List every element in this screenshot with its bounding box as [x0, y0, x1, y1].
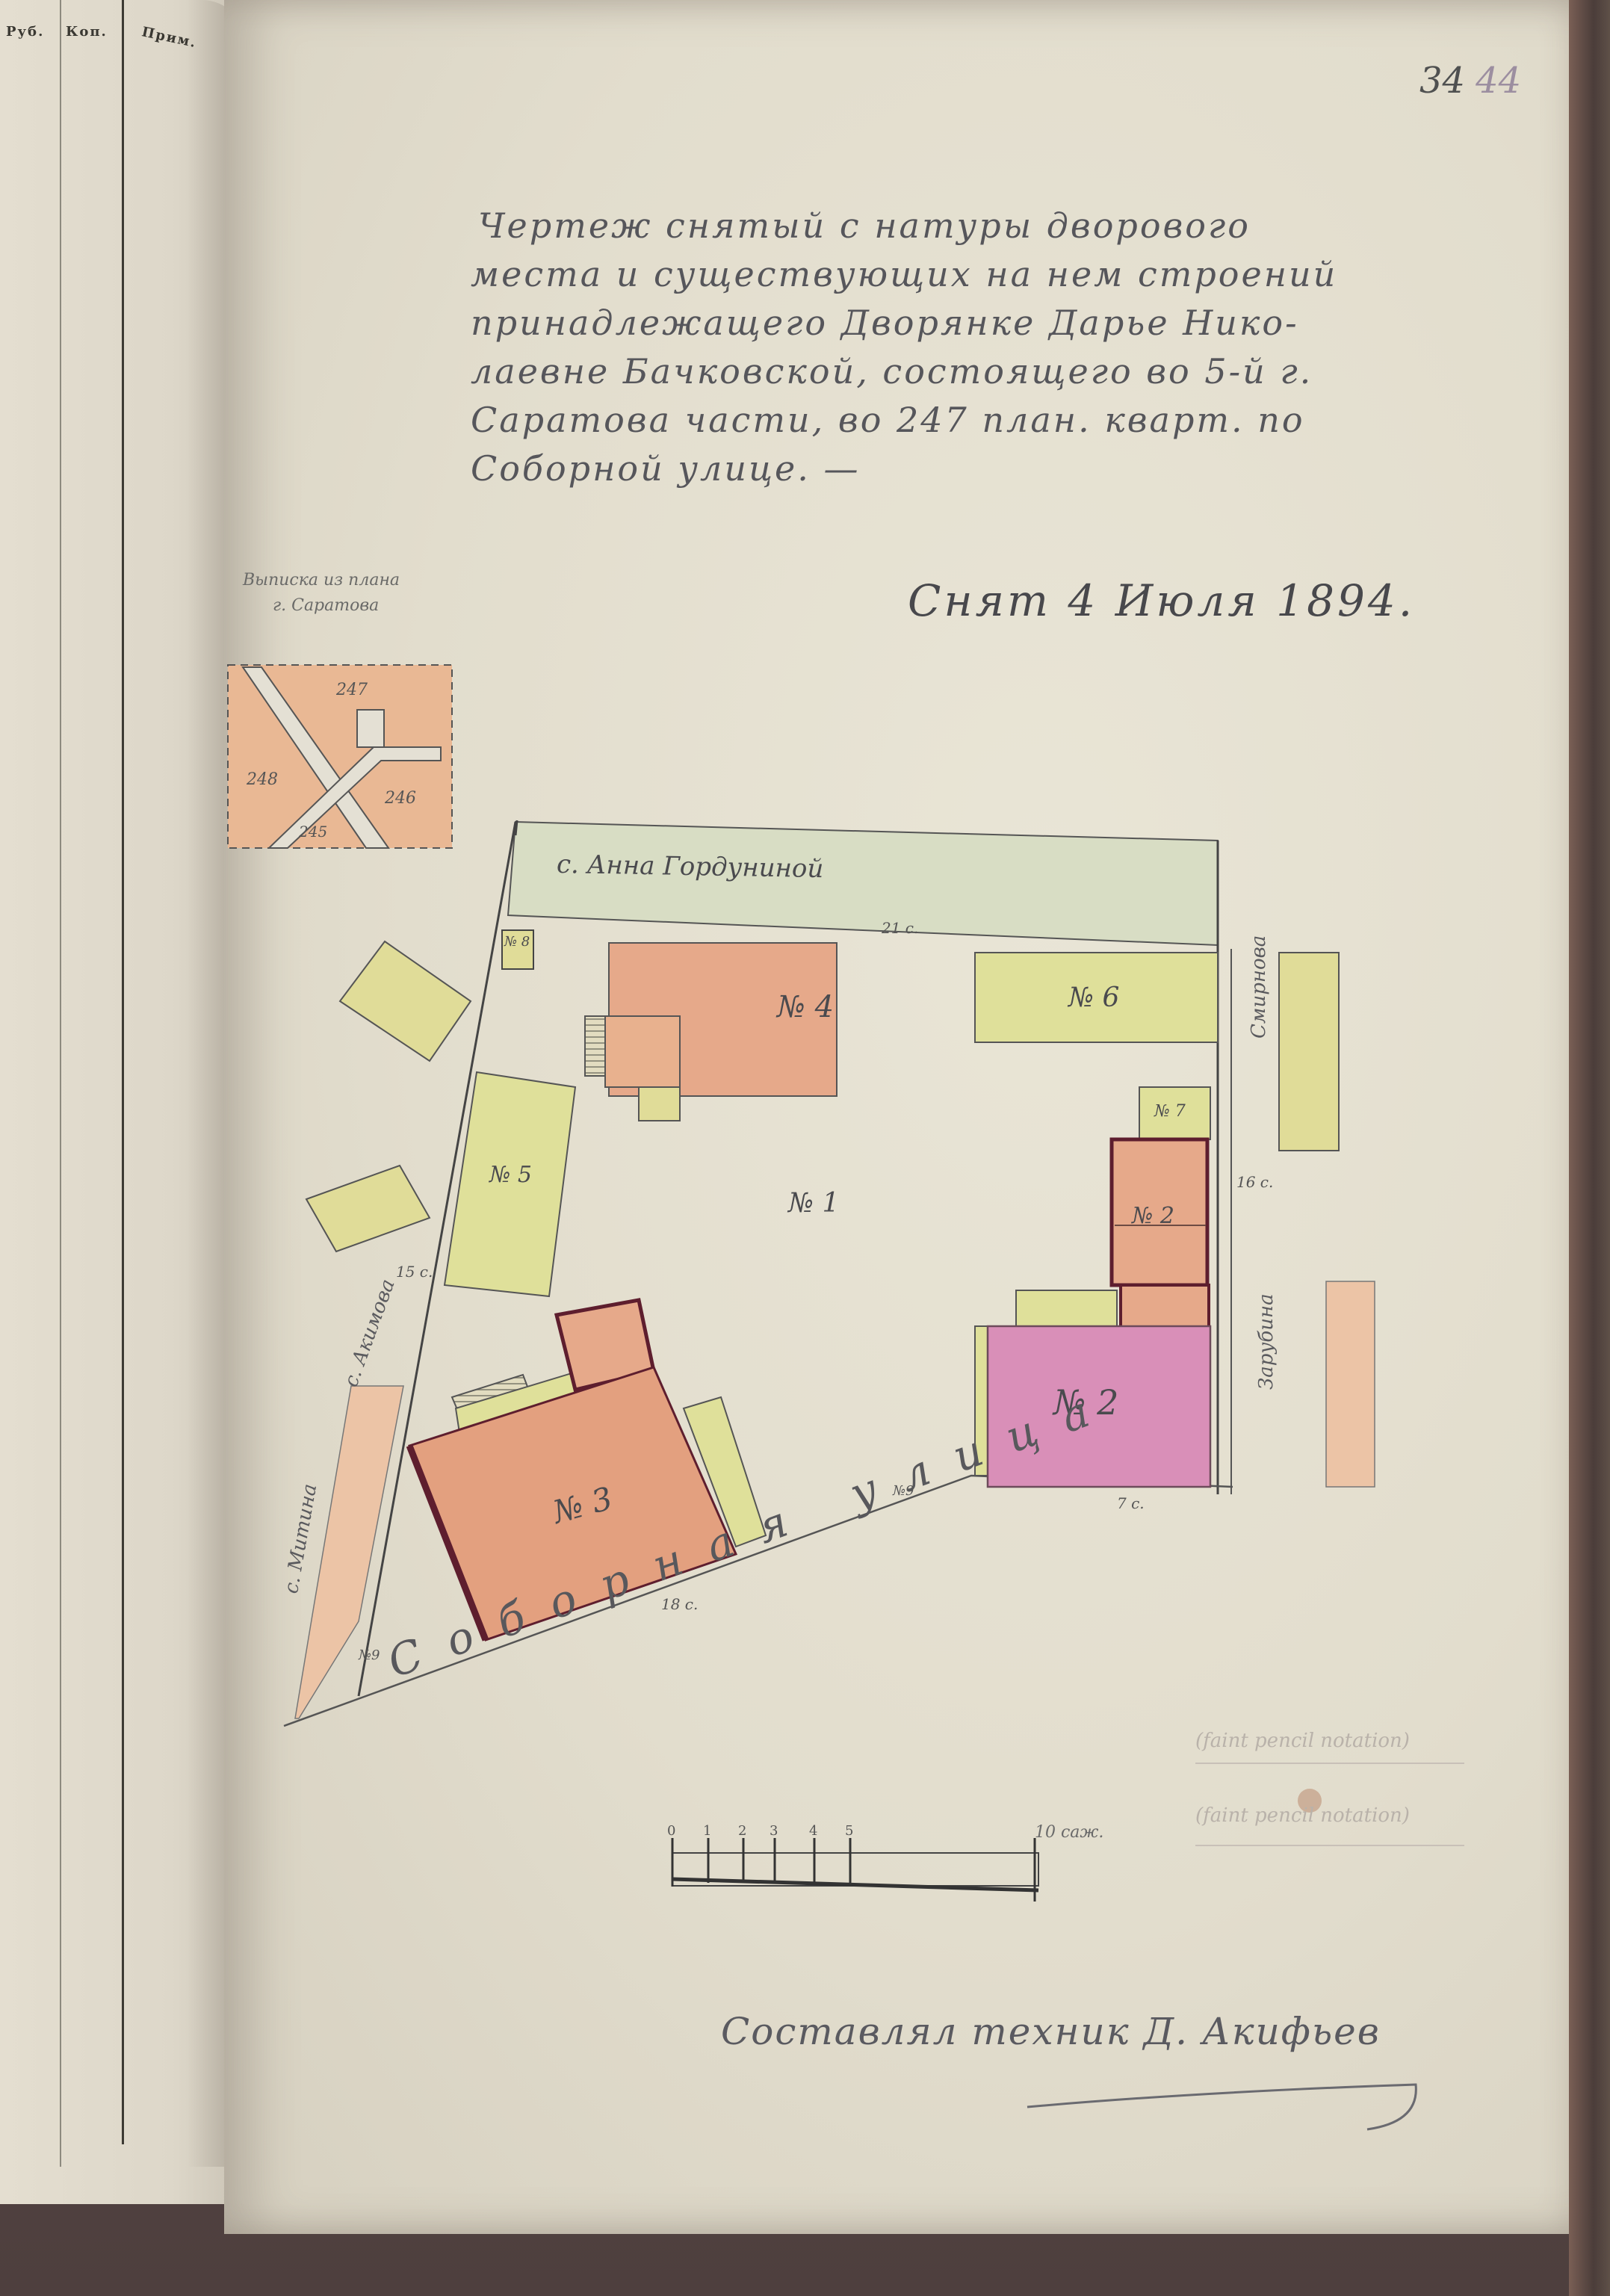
corner-mark-right: №9	[893, 1483, 914, 1499]
measurement-street-right: 7 с.	[1117, 1494, 1145, 1512]
neighbor-building-left-upper	[340, 941, 471, 1061]
building-4-label: № 4	[777, 990, 834, 1024]
building-6-label: № 6	[1068, 983, 1119, 1013]
measurement-right: 16 с.	[1236, 1173, 1273, 1191]
measurement-top: 21 с.	[882, 919, 918, 937]
pencil-note: (faint pencil notation)	[1195, 1704, 1410, 1778]
courtyard-label: № 1	[788, 1188, 839, 1219]
inset-quarter-248: 248	[246, 770, 278, 789]
scale-tick-3: 3	[770, 1823, 778, 1839]
corner-mark-left: №9	[359, 1647, 380, 1663]
inset-quarter-246: 246	[384, 789, 416, 808]
scale-tick-5: 5	[845, 1823, 853, 1839]
building-7-label: № 7	[1154, 1102, 1186, 1121]
pencil-note: (faint pencil notation)	[1195, 1778, 1410, 1853]
scale-tick-2: 2	[738, 1823, 746, 1839]
building-2-annex-label: № 2	[1132, 1203, 1174, 1229]
neighbor-right-upper-label: Смирнова	[1248, 935, 1270, 1039]
neighbor-top-label: с. Анна Гордуниной	[557, 850, 824, 884]
measurement-street-left: 18 с.	[661, 1595, 698, 1613]
scale-tick-4: 4	[809, 1823, 817, 1839]
neighbor-building-right-lower	[1326, 1281, 1375, 1487]
surveyor-signature: Составлял техник Д. Акифьев	[721, 2010, 1381, 2053]
building-5-label: № 5	[489, 1162, 532, 1188]
building-2-shed	[1016, 1290, 1117, 1328]
neighbor-strip-top	[508, 822, 1218, 945]
scale-tick-0: 0	[667, 1823, 675, 1839]
building-4-porch	[585, 1016, 605, 1076]
site-plan-drawing: 247 248 246 245	[0, 0, 1610, 2296]
neighbor-building-left-street	[295, 1386, 403, 1718]
neighbor-right-lower-label: Зарубина	[1255, 1293, 1278, 1390]
scale-tick-1: 1	[703, 1823, 711, 1839]
scale-unit-label: 10 саж.	[1035, 1823, 1103, 1842]
neighbor-building-left-lower	[306, 1166, 430, 1251]
building-2-rear	[1121, 1285, 1209, 1330]
neighbor-building-right-upper	[1279, 953, 1339, 1151]
building-8-label: № 8	[504, 934, 530, 950]
building-4-shed	[639, 1087, 680, 1121]
inset-location-map: 247 248 246 245	[228, 665, 452, 848]
inset-quarter-247: 247	[335, 681, 368, 699]
pencil-notes: (faint pencil notation) (faint pencil no…	[1195, 1704, 1410, 1853]
building-4-annex	[605, 1016, 680, 1087]
inset-quarter-245: 245	[298, 823, 327, 841]
scale-bar: 0 1 2 3 4 5	[667, 1823, 1038, 1902]
measurement-left: 15 с.	[396, 1263, 433, 1281]
